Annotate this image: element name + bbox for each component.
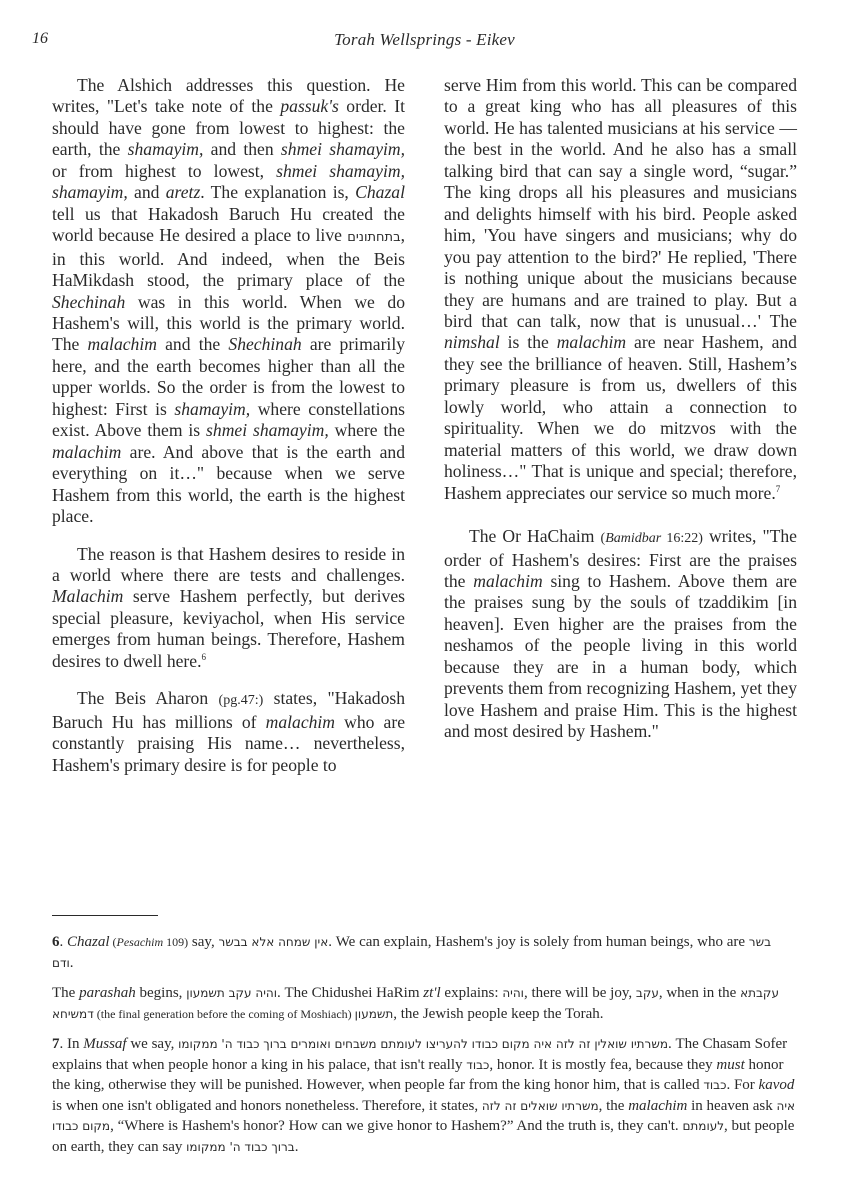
text: ( bbox=[110, 935, 117, 949]
italic-term: malachim bbox=[628, 1098, 687, 1114]
text: , honor. It is mostly fea, because they bbox=[489, 1057, 716, 1073]
hebrew-text: כבוד bbox=[703, 1078, 726, 1092]
text: . The explanation is, bbox=[200, 182, 355, 202]
text: . The Chidushei HaRim bbox=[277, 985, 423, 1001]
italic-term: Shechinah bbox=[52, 292, 125, 312]
italic-term: nimshal bbox=[444, 332, 500, 352]
paragraph-or-hachaim: The Or HaChaim (Bamidbar 16:22) writes, … bbox=[444, 526, 797, 743]
footnote-6: 6. Chazal (Pesachim 109) say, אין שמחה א… bbox=[52, 932, 796, 973]
text: . bbox=[70, 955, 74, 971]
italic-term: shamayim, bbox=[174, 399, 250, 419]
hebrew-text: כבוד bbox=[466, 1058, 489, 1072]
text: The Beis Aharon bbox=[77, 688, 219, 708]
hebrew-text: אין שמחה אלא בבשר bbox=[218, 935, 328, 949]
text: . We can explain, Hashem's joy is solely… bbox=[328, 934, 749, 950]
footnote-ref-6[interactable]: 6 bbox=[202, 652, 207, 662]
italic-term: must bbox=[716, 1057, 744, 1073]
left-column: The Alshich addresses this question. He … bbox=[52, 75, 405, 792]
text: The reason is that Hashem desires to res… bbox=[52, 544, 405, 585]
hebrew-text: לעומתם bbox=[682, 1119, 724, 1133]
footnote-7: 7. In Mussaf we say, משרתיו שואלין זה לז… bbox=[52, 1034, 796, 1157]
italic-term: shmei shamayim, bbox=[206, 420, 329, 440]
italic-term: malachim bbox=[266, 712, 335, 732]
text: , when in the bbox=[659, 985, 740, 1001]
italic-term: passuk's bbox=[280, 96, 339, 116]
text: , there will be joy, bbox=[524, 985, 636, 1001]
italic-term: shmei shamayim, bbox=[281, 139, 405, 159]
running-title: Torah Wellsprings - Eikev bbox=[0, 30, 849, 50]
italic-term: malachim bbox=[557, 332, 626, 352]
text: , the Jewish people keep the Torah. bbox=[393, 1006, 603, 1022]
italic-term: shamayim, bbox=[128, 139, 204, 159]
italic-term: Shechinah bbox=[228, 334, 301, 354]
text: The Or HaChaim bbox=[469, 526, 601, 546]
text: 16:22) bbox=[661, 531, 703, 546]
italic-term: malachim bbox=[88, 334, 157, 354]
citation: (Bamidbar 16:22) bbox=[601, 531, 703, 546]
hebrew-text: והיה עקב תשמעון bbox=[186, 986, 277, 1000]
italic-term: aretz bbox=[166, 182, 201, 202]
italic-term: Bamidbar bbox=[605, 531, 661, 546]
text: . In bbox=[60, 1036, 84, 1052]
hebrew-text: תשמעון bbox=[355, 1007, 394, 1021]
citation: (the final generation before the coming … bbox=[94, 1007, 355, 1021]
text: . bbox=[60, 934, 68, 950]
citation: (pg.47:) bbox=[219, 693, 264, 708]
paragraph-king-parable: serve Him from this world. This can be c… bbox=[444, 75, 797, 504]
text: and the bbox=[157, 334, 228, 354]
italic-term: malachim bbox=[473, 571, 542, 591]
text: 109) bbox=[163, 935, 188, 949]
footnote-ref-7[interactable]: 7 bbox=[776, 484, 781, 494]
italic-term: Pesachim bbox=[117, 935, 164, 949]
text: serve Him from this world. This can be c… bbox=[444, 75, 797, 331]
footnote-divider bbox=[52, 915, 158, 916]
text: . bbox=[295, 1139, 299, 1155]
paragraph-reason: The reason is that Hashem desires to res… bbox=[52, 544, 405, 673]
hebrew-text: עקב bbox=[636, 986, 659, 1000]
text: and then bbox=[203, 139, 281, 159]
text: and bbox=[128, 182, 166, 202]
paragraph-beis-aharon: The Beis Aharon (pg.47:) states, "Hakado… bbox=[52, 688, 405, 776]
page-header: 16 Torah Wellsprings - Eikev bbox=[0, 30, 849, 54]
hebrew-text: ברוך כבוד ה' ממקומו bbox=[186, 1140, 295, 1154]
italic-term: parashah bbox=[79, 985, 136, 1001]
text: where the bbox=[329, 420, 405, 440]
text: in heaven ask bbox=[687, 1098, 776, 1114]
right-column: serve Him from this world. This can be c… bbox=[444, 75, 797, 759]
hebrew-text: והיה bbox=[502, 986, 524, 1000]
text: we say, bbox=[127, 1036, 179, 1052]
citation: (Pesachim 109) bbox=[110, 935, 189, 949]
text: , the bbox=[599, 1098, 629, 1114]
text: , “Where is Hashem's honor? How can we g… bbox=[110, 1118, 682, 1134]
text: is when one isn't obligated and honors n… bbox=[52, 1098, 482, 1114]
text: The bbox=[52, 985, 79, 1001]
text: explains: bbox=[441, 985, 503, 1001]
italic-term: Malachim bbox=[52, 586, 123, 606]
hebrew-text: משרתיו שואלין זה לזה איה מקום כבודו להער… bbox=[178, 1037, 668, 1051]
italic-term: kavod bbox=[759, 1077, 795, 1093]
text: say, bbox=[188, 934, 218, 950]
text: begins, bbox=[136, 985, 186, 1001]
italic-term: Chazal bbox=[67, 934, 110, 950]
italic-term: Chazal bbox=[355, 182, 405, 202]
hebrew-text: משרתיו שואלים זה לזה bbox=[482, 1099, 599, 1113]
hebrew-text: בתחתונים bbox=[347, 230, 400, 245]
text: or from highest to lowest, bbox=[52, 161, 276, 181]
italic-term: zt'l bbox=[423, 985, 440, 1001]
text: are near Hashem, and they see the brilli… bbox=[444, 332, 797, 502]
footnote-number: 6 bbox=[52, 934, 60, 950]
footnote-number: 7 bbox=[52, 1036, 60, 1052]
text: . For bbox=[726, 1077, 758, 1093]
italic-term: malachim bbox=[52, 442, 121, 462]
footnotes: 6. Chazal (Pesachim 109) say, אין שמחה א… bbox=[52, 932, 796, 1167]
text: is the bbox=[500, 332, 557, 352]
text: sing to Hashem. Above them are the prais… bbox=[444, 571, 797, 741]
italic-term: Mussaf bbox=[83, 1036, 126, 1052]
paragraph-alshich: The Alshich addresses this question. He … bbox=[52, 75, 405, 528]
footnote-6-continued: The parashah begins, והיה עקב תשמעון. Th… bbox=[52, 983, 796, 1024]
